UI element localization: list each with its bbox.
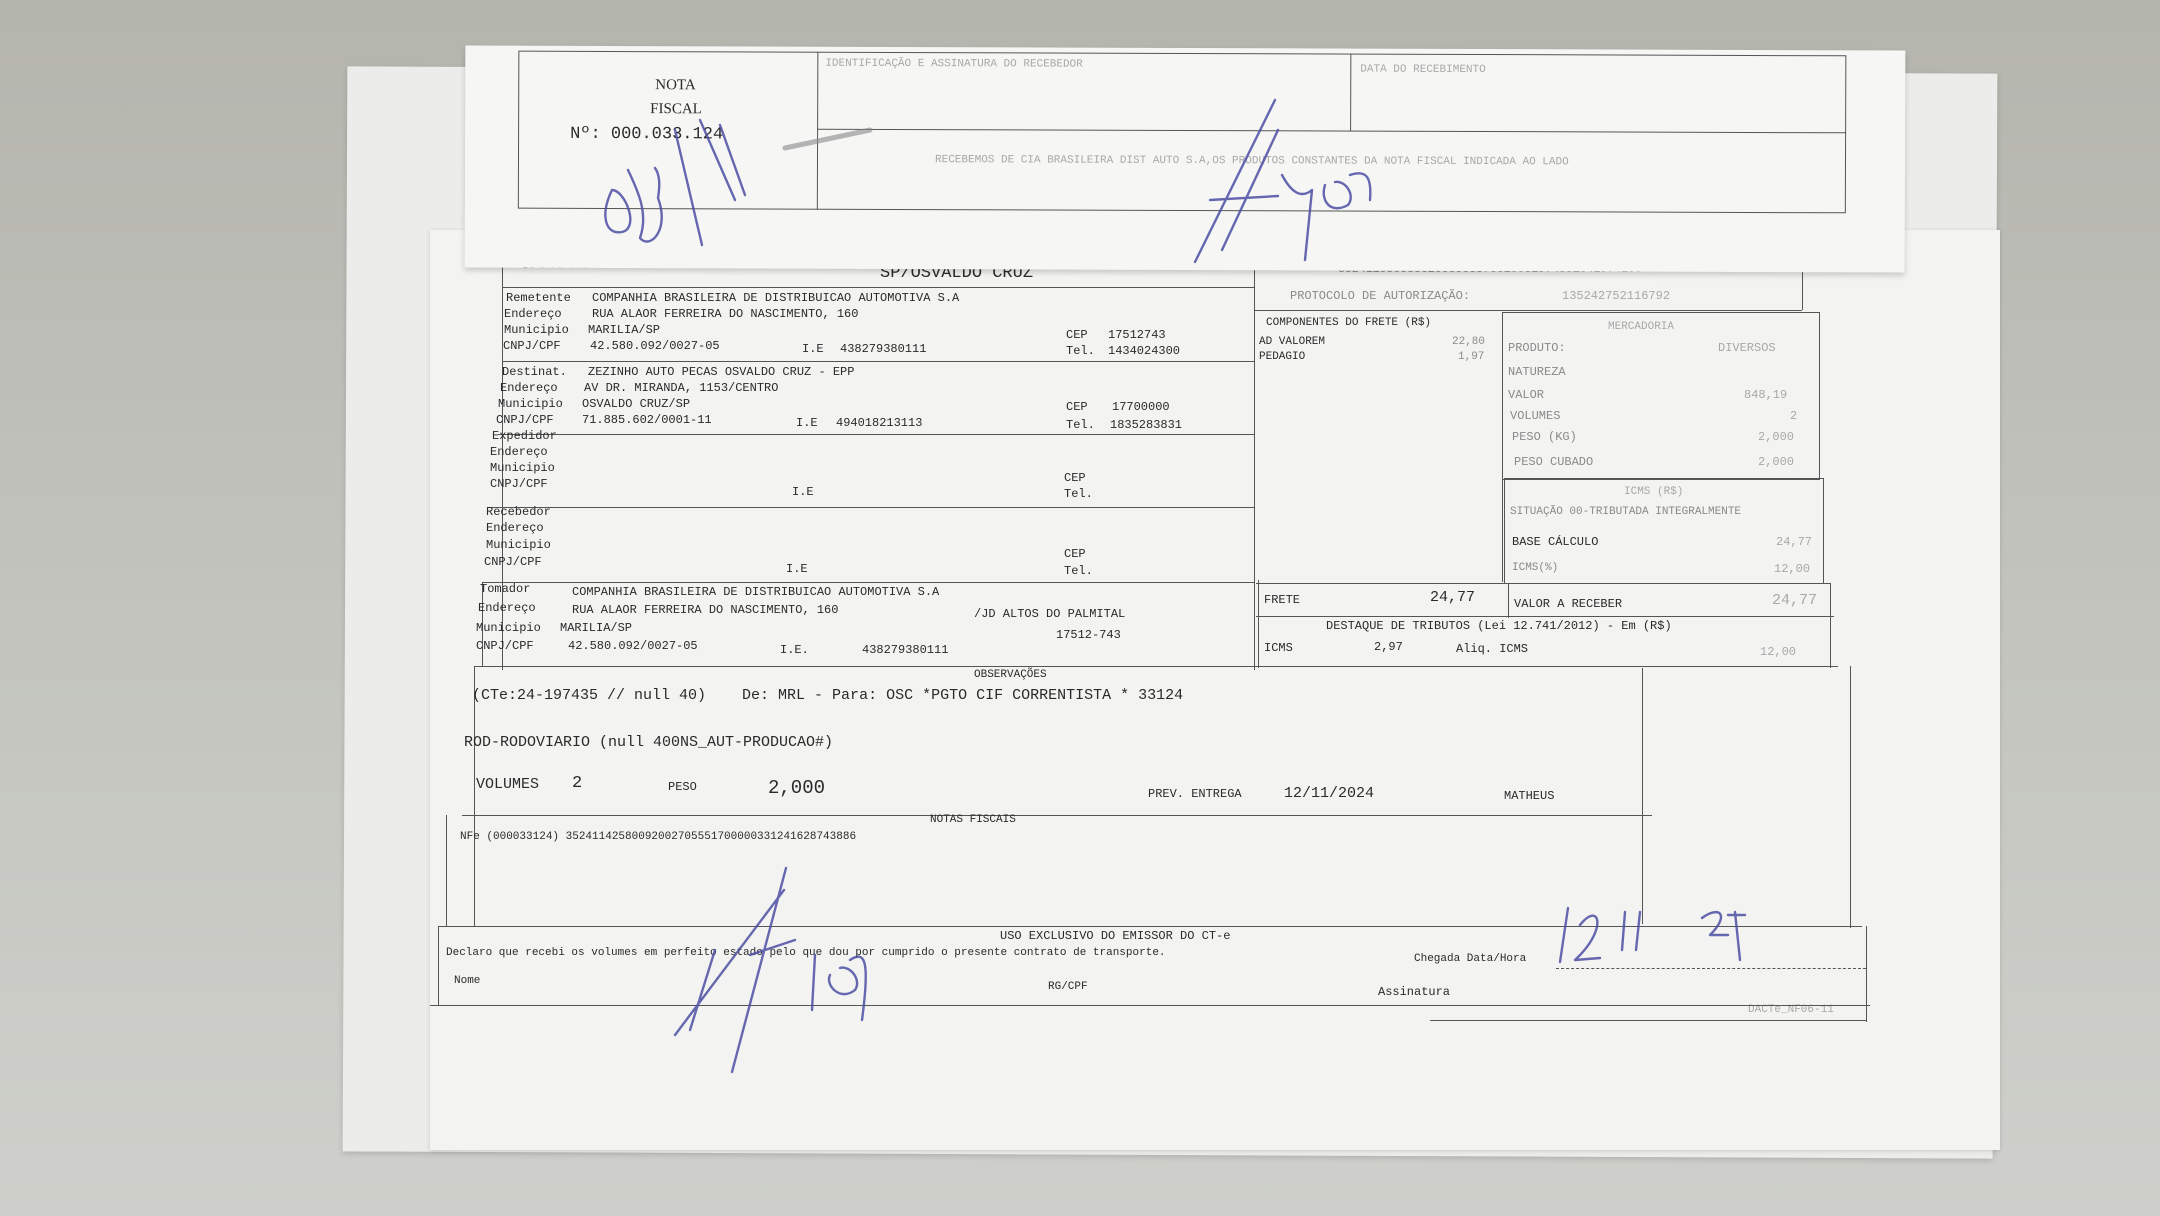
canhoto-stub: NOTA FISCAL Nº: 000.033.124 IDENTIFICAÇÃ…	[465, 45, 1906, 272]
responsavel-name: MATHEUS	[1504, 790, 1554, 802]
natureza-label: NATUREZA	[1508, 366, 1566, 378]
recebemos-text: RECEBEMOS DE CIA BRASILEIRA DIST AUTO S.…	[935, 155, 1569, 168]
tributos-icms-value: 2,97	[1374, 641, 1403, 653]
recebedor-cep-label: CEP	[1064, 548, 1086, 560]
expedidor-tel-label: Tel.	[1064, 488, 1093, 500]
remetente-cnpj: 42.580.092/0027-05	[590, 340, 720, 352]
nota-number: Nº: 000.033.124	[570, 126, 723, 144]
icms-situacao: SITUAÇÃO 00-TRIBUTADA INTEGRALMENTE	[1510, 507, 1741, 518]
tomador-endereco-label: Endereço	[478, 602, 536, 614]
componente-label: AD VALOREM	[1259, 337, 1325, 348]
remetente-ie: 438279380111	[840, 343, 926, 355]
valor-value: 848,19	[1744, 389, 1787, 401]
frete-label: FRETE	[1264, 594, 1300, 606]
valor-receber-label: VALOR A RECEBER	[1514, 598, 1622, 610]
recebedor-label: IDENTIFICAÇÃO E ASSINATURA DO RECEBEDOR	[825, 59, 1082, 71]
tomador-endereco: RUA ALAOR FERREIRA DO NASCIMENTO, 160	[572, 604, 838, 616]
peso-cubado-label: PESO CUBADO	[1514, 456, 1593, 468]
dacte-footer-code: DACTe_NF06-11	[1748, 1005, 1834, 1016]
remetente-municipio: MARILIA/SP	[588, 324, 660, 336]
assinatura-label: Assinatura	[1378, 986, 1450, 998]
componente-value: 22,80	[1452, 337, 1485, 348]
expedidor-label: Expedidor	[492, 430, 557, 442]
volumes-label: VOLUMES	[1510, 410, 1560, 422]
recebedor-endereco-label: Endereço	[486, 522, 544, 534]
destinatario-endereco-label: Endereço	[500, 382, 558, 394]
produto-label: PRODUTO:	[1508, 342, 1566, 354]
componente-value: 1,97	[1458, 352, 1484, 363]
destinatario-ie: 494018213113	[836, 417, 922, 429]
protocolo-label: PROTOCOLO DE AUTORIZAÇÃO:	[1290, 290, 1470, 302]
destinatario-label: Destinat.	[502, 366, 567, 378]
tomador-ie: 438279380111	[862, 644, 948, 656]
tomador-cnpj-label: CNPJ/CPF	[476, 640, 534, 652]
remetente-endereco: RUA ALAOR FERREIRA DO NASCIMENTO, 160	[592, 308, 858, 320]
destinatario-cnpj: 71.885.602/0001-11	[582, 414, 712, 426]
recebedor-tel-label: Tel.	[1064, 565, 1093, 577]
tributos-aliq-label: Aliq. ICMS	[1456, 643, 1528, 655]
tributos-aliq-value: 12,00	[1760, 646, 1796, 658]
nota-title-2: FISCAL	[650, 102, 702, 117]
base-calculo-value: 24,77	[1776, 536, 1812, 548]
tomador-ie-label: I.E.	[780, 644, 809, 656]
remetente-tel-label: Tel.	[1066, 345, 1095, 357]
produto-value: DIVERSOS	[1718, 342, 1776, 354]
icms-title: ICMS (R$)	[1624, 487, 1683, 498]
destinatario-tel-label: Tel.	[1066, 419, 1095, 431]
peso-cubado-value: 2,000	[1758, 456, 1794, 468]
tomador-bairro: /JD ALTOS DO PALMITAL	[974, 608, 1125, 620]
declaracao-text: Declaro que recebi os volumes em perfeit…	[446, 948, 1166, 959]
icms-aliquota-value: 12,00	[1774, 563, 1810, 575]
destinatario-municipio-label: Municipio	[498, 398, 563, 410]
remetente-tel: 1434024300	[1108, 345, 1180, 357]
remetente-municipio-label: Municipio	[504, 324, 569, 336]
frete-value: 24,77	[1430, 590, 1475, 605]
observacoes-title: OBSERVAÇÕES	[974, 670, 1047, 681]
nome-label: Nome	[454, 976, 480, 987]
tomador-label: Tomador	[480, 583, 530, 595]
obs-peso-value: 2,000	[768, 779, 825, 798]
remetente-cnpj-label: CNPJ/CPF	[503, 340, 561, 352]
tomador-municipio-label: Municipio	[476, 622, 541, 634]
peso-label: PESO (KG)	[1512, 431, 1577, 443]
obs-volumes-label: VOLUMES	[476, 777, 539, 792]
tributos-title: DESTAQUE DE TRIBUTOS (Lei 12.741/2012) -…	[1326, 620, 1672, 632]
expedidor-cnpj-label: CNPJ/CPF	[490, 478, 548, 490]
mercadoria-title: MERCADORIA	[1608, 322, 1674, 333]
remetente-endereco-label: Endereço	[504, 308, 562, 320]
chegada-label: Chegada Data/Hora	[1414, 954, 1526, 965]
expedidor-cep-label: CEP	[1064, 472, 1086, 484]
expedidor-municipio-label: Municipio	[490, 462, 555, 474]
tomador-nome: COMPANHIA BRASILEIRA DE DISTRIBUICAO AUT…	[572, 586, 939, 598]
tributos-icms-label: ICMS	[1264, 642, 1293, 654]
valor-receber-value: 24,77	[1772, 593, 1817, 608]
icms-aliquota-label: ICMS(%)	[1512, 563, 1558, 574]
destinatario-ie-label: I.E	[796, 417, 818, 429]
obs-peso-label: PESO	[668, 781, 697, 793]
remetente-ie-label: I.E	[802, 343, 824, 355]
recebedor-ie-label: I.E	[786, 563, 808, 575]
tomador-municipio: MARILIA/SP	[560, 622, 632, 634]
componente-label: PEDAGIO	[1259, 352, 1305, 363]
expedidor-ie-label: I.E	[792, 486, 814, 498]
emissor-title: USO EXCLUSIVO DO EMISSOR DO CT-e	[1000, 930, 1230, 942]
destinatario-endereco: AV DR. MIRANDA, 1153/CENTRO	[584, 382, 778, 394]
destinatario-cep-label: CEP	[1066, 401, 1088, 413]
tomador-cnpj: 42.580.092/0027-05	[568, 640, 698, 652]
obs-volumes-value: 2	[572, 775, 582, 792]
recebedor-label: Recebedor	[486, 506, 551, 518]
recebedor-municipio-label: Municipio	[486, 539, 551, 551]
tomador-cep: 17512-743	[1056, 629, 1121, 641]
notas-fiscais-title: NOTAS FISCAIS	[930, 815, 1016, 826]
destinatario-cep: 17700000	[1112, 401, 1170, 413]
recebedor-cnpj-label: CNPJ/CPF	[484, 556, 542, 568]
remetente-label: Remetente	[506, 292, 571, 304]
nota-fiscal-item: NFe (000033124) 352411425800920027055517…	[460, 832, 856, 843]
nota-title-1: NOTA	[655, 78, 696, 93]
destinatario-municipio: OSVALDO CRUZ/SP	[582, 398, 690, 410]
remetente-cep-label: CEP	[1066, 329, 1088, 341]
protocolo-value: 135242752116792	[1562, 290, 1670, 302]
prev-entrega-value: 12/11/2024	[1284, 786, 1374, 801]
rg-cpf-label: RG/CPF	[1048, 982, 1088, 993]
volumes-value: 2	[1790, 410, 1797, 422]
expedidor-endereco-label: Endereço	[490, 446, 548, 458]
componentes-frete-title: COMPONENTES DO FRETE (R$)	[1266, 318, 1431, 329]
data-recebimento-label: DATA DO RECEBIMENTO	[1360, 65, 1485, 76]
chegada-field[interactable]	[1556, 968, 1866, 969]
observacoes-line1: (CTe:24-197435 // null 40) De: MRL - Par…	[472, 688, 1183, 703]
destinatario-tel: 1835283831	[1110, 419, 1182, 431]
valor-label: VALOR	[1508, 389, 1544, 401]
base-calculo-label: BASE CÁLCULO	[1512, 536, 1598, 548]
prev-entrega-label: PREV. ENTREGA	[1148, 788, 1242, 800]
peso-value: 2,000	[1758, 431, 1794, 443]
destinatario-nome: ZEZINHO AUTO PECAS OSVALDO CRUZ - EPP	[588, 366, 854, 378]
destinatario-cnpj-label: CNPJ/CPF	[496, 414, 554, 426]
remetente-cep: 17512743	[1108, 329, 1166, 341]
observacoes-line2: ROD-RODOVIARIO (null 400NS_AUT-PRODUCAO#…	[464, 735, 833, 750]
remetente-nome: COMPANHIA BRASILEIRA DE DISTRIBUICAO AUT…	[592, 292, 959, 304]
